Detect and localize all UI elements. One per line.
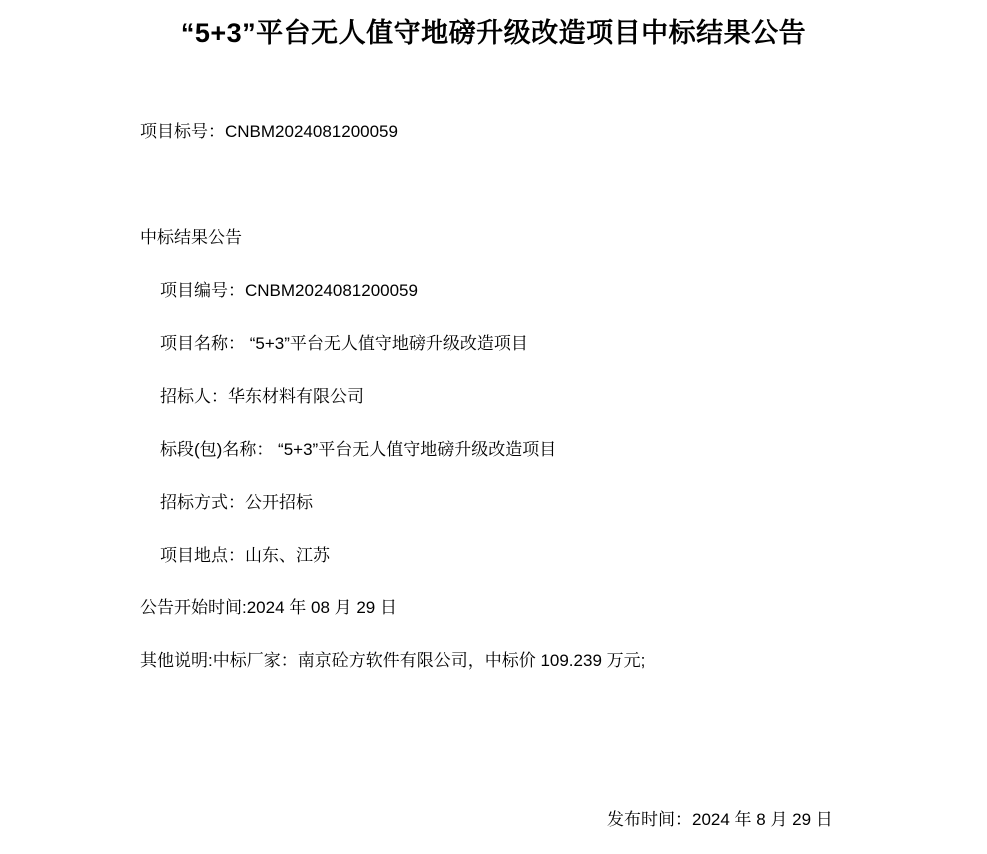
publish-time: 发布时间：2024 年 8 月 29 日 <box>607 809 833 831</box>
document-title: “5+3”平台无人值守地磅升级改造项目中标结果公告 <box>0 11 987 50</box>
project-bid-number: 项目标号：CNBM2024081200059 <box>140 121 398 143</box>
announcement-start-time: 公告开始时间:2024 年 08 月 29 日 <box>140 597 397 619</box>
announcement-document: “5+3”平台无人值守地磅升级改造项目中标结果公告 项目标号：CNBM20240… <box>0 0 987 854</box>
announcement-heading: 中标结果公告 <box>140 227 242 249</box>
project-name: 项目名称： “5+3”平台无人值守地磅升级改造项目 <box>160 333 528 355</box>
project-number: 项目编号：CNBM2024081200059 <box>160 280 418 302</box>
tenderee: 招标人：华东材料有限公司 <box>160 386 364 408</box>
project-location: 项目地点：山东、江苏 <box>160 545 330 567</box>
tender-method: 招标方式：公开招标 <box>160 492 313 514</box>
other-notes: 其他说明:中标厂家：南京砼方软件有限公司，中标价 109.239 万元; <box>140 650 645 672</box>
section-package-name: 标段(包)名称： “5+3”平台无人值守地磅升级改造项目 <box>160 439 556 461</box>
